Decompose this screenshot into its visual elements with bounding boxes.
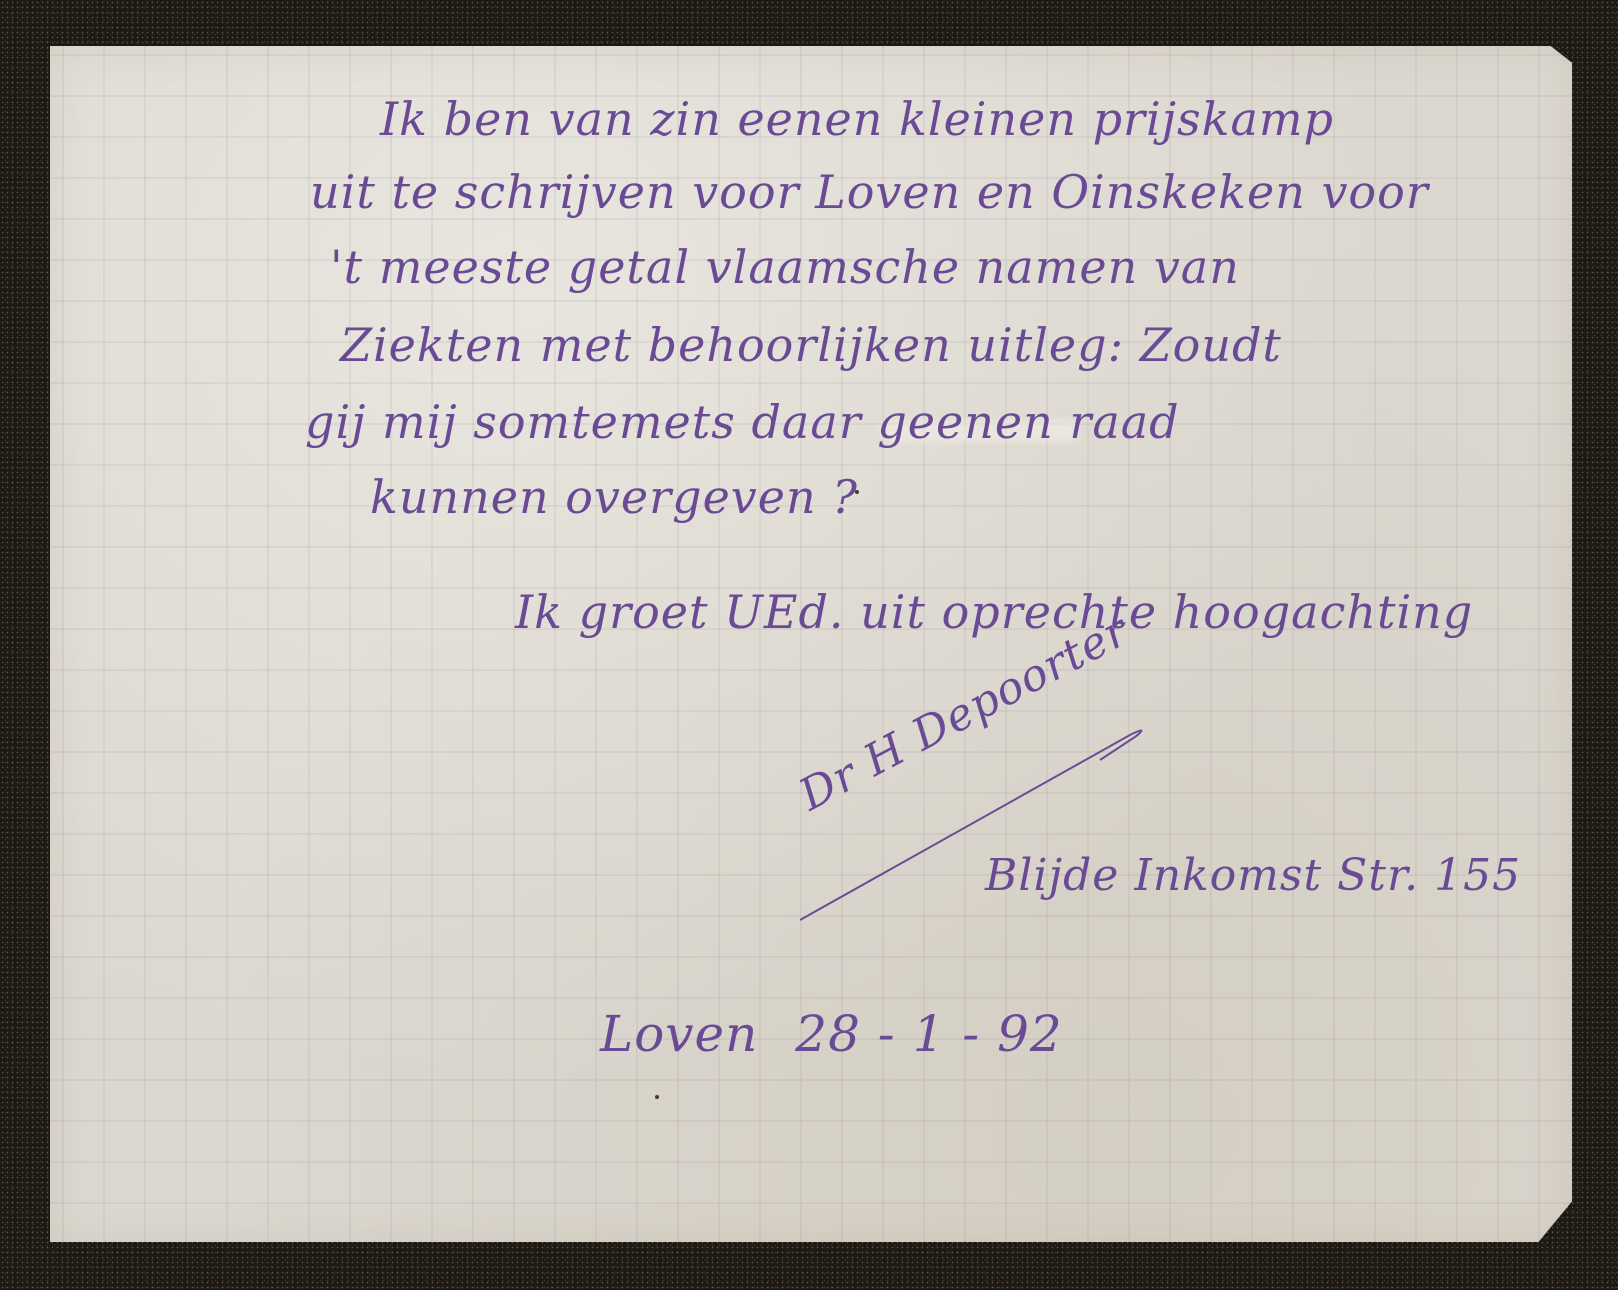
date: 28 - 1 - 92 [795, 1005, 1062, 1063]
place-date: Loven 28 - 1 - 92 [600, 1005, 1063, 1063]
closing-line: Ik groet UEd. uit oprechte hoogachting [515, 585, 1473, 639]
address: Blijde Inkomst Str. 155 [985, 850, 1521, 901]
ink-spot [855, 490, 859, 494]
ink-spot [655, 1095, 659, 1099]
body-line-4: Ziekten met behoorlijken uitleg: Zoudt [340, 318, 1282, 372]
body-line-2: uit te schrijven voor Loven en Oinskeken… [310, 165, 1429, 219]
body-line-6: kunnen overgeven ? [370, 470, 858, 524]
body-line-1: Ik ben van zin eenen kleinen prijskamp [380, 92, 1334, 146]
body-line-5: gij mij somtemets daar geenen raad [305, 395, 1180, 449]
place: Loven [600, 1005, 758, 1063]
body-line-3: 't meeste getal vlaamsche namen van [330, 240, 1240, 294]
